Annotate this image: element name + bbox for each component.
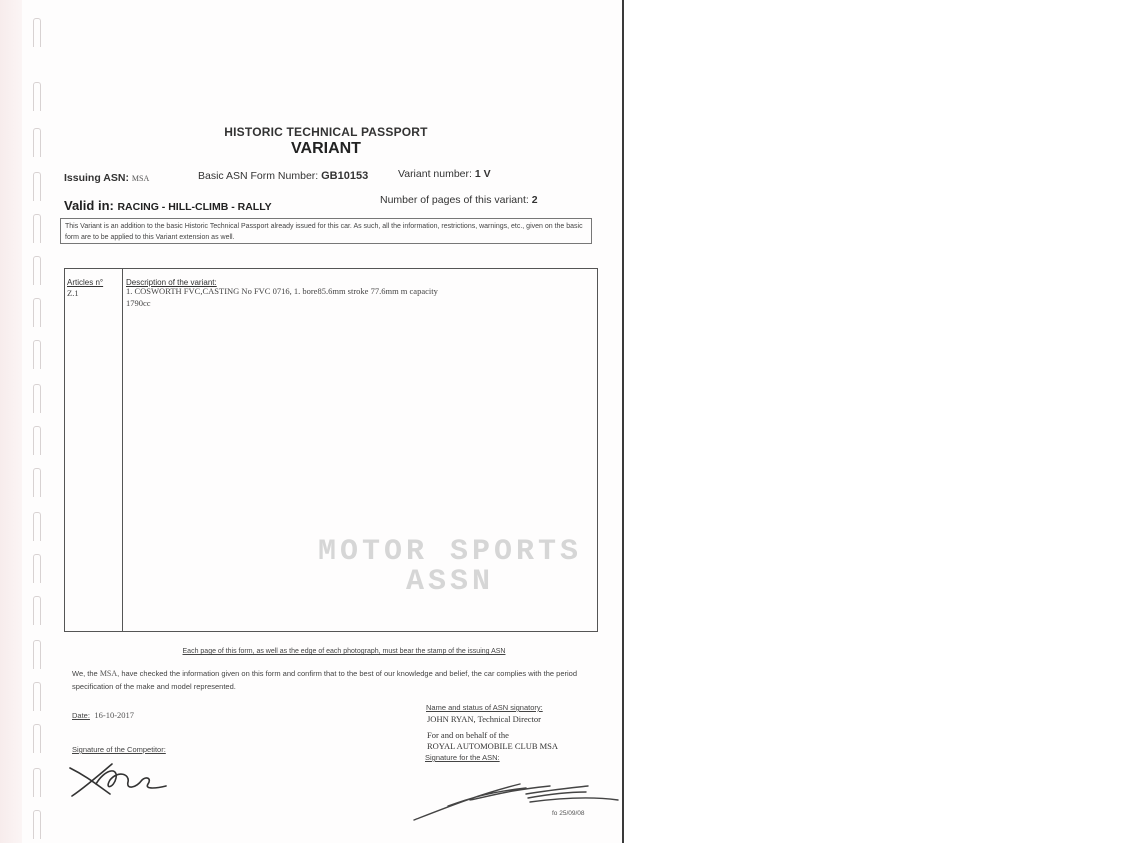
stamp-line: ASSN — [305, 567, 595, 597]
issuing-asn-value: MSA — [132, 174, 149, 183]
document-title: HISTORIC TECHNICAL PASSPORT — [0, 125, 652, 139]
confirm-prefix: We, the — [72, 669, 98, 678]
basic-form-number: Basic ASN Form Number: GB10153 — [198, 170, 368, 182]
punch-hole — [33, 596, 41, 625]
punch-hole — [33, 554, 41, 583]
competitor-signature-icon — [66, 760, 176, 802]
document-subtitle: VARIANT — [0, 140, 652, 158]
date-value: 16-10-2017 — [94, 710, 134, 720]
behalf-line: For and on behalf of the — [427, 730, 509, 741]
punch-hole — [33, 340, 41, 369]
punch-hole — [33, 468, 41, 497]
asn-signature-note: fo 25/09/08 — [552, 810, 585, 817]
issuing-asn: Issuing ASN: MSA — [64, 172, 149, 184]
date-row: Date: 16-10-2017 — [72, 705, 134, 723]
variant-number-value: 1 V — [475, 168, 491, 180]
confirm-asn: MSA — [100, 669, 117, 678]
club-name: ROYAL AUTOMOBILE CLUB MSA — [427, 741, 558, 752]
description-line: 1790cc — [126, 297, 596, 309]
article-number: Z.1 — [67, 287, 79, 299]
variant-description: 1. COSWORTH FVC,CASTING No FVC 0716, 1. … — [126, 285, 596, 309]
issuing-asn-label: Issuing ASN: — [64, 172, 129, 184]
punch-hole — [33, 172, 41, 201]
pages-value: 2 — [532, 194, 538, 206]
punch-hole — [33, 256, 41, 285]
valid-in-value: RACING - HILL-CLIMB - RALLY — [117, 201, 271, 213]
description-line: 1. COSWORTH FVC,CASTING No FVC 0716, 1. … — [126, 285, 596, 297]
asn-signature-icon — [410, 776, 622, 824]
variant-number-label: Variant number: — [398, 168, 472, 180]
header-articles: Articles n° — [67, 278, 103, 287]
basic-form-label: Basic ASN Form Number: — [198, 170, 318, 182]
competitor-signature-label: Signature of the Competitor: — [72, 745, 166, 754]
date-label: Date: — [72, 711, 90, 720]
asn-stamp: MOTOR SPORTS ASSN — [305, 537, 595, 597]
punch-hole — [33, 384, 41, 413]
basic-form-value: GB10153 — [321, 170, 368, 182]
punch-hole — [33, 682, 41, 711]
punch-hole — [33, 214, 41, 243]
punch-hole — [33, 18, 41, 47]
punch-hole — [33, 810, 41, 839]
stamp-notice: Each page of this form, as well as the e… — [64, 648, 624, 655]
variant-number: Variant number: 1 V — [398, 168, 491, 180]
column-divider — [122, 269, 123, 631]
punch-hole — [33, 512, 41, 541]
variant-notice: This Variant is an addition to the basic… — [60, 218, 592, 244]
confirm-body: , have checked the information given on … — [72, 669, 577, 691]
confirmation-text: We, the MSA, have checked the informatio… — [72, 667, 602, 693]
punch-hole — [33, 724, 41, 753]
punch-hole — [33, 426, 41, 455]
punch-hole — [33, 768, 41, 797]
valid-in: Valid in: RACING - HILL-CLIMB - RALLY — [64, 198, 272, 213]
pages-count: Number of pages of this variant: 2 — [380, 194, 538, 206]
signatory-label: Name and status of ASN signatory: — [426, 703, 543, 712]
pages-label: Number of pages of this variant: — [380, 194, 529, 206]
variant-table: Articles n° Description of the variant: … — [64, 268, 598, 632]
punch-hole — [33, 82, 41, 111]
signatory-name: JOHN RYAN, Technical Director — [427, 714, 541, 725]
stamp-line: MOTOR SPORTS — [305, 537, 595, 567]
asn-signature-label: Signature for the ASN: — [425, 753, 500, 762]
punch-hole — [33, 298, 41, 327]
valid-in-label: Valid in: — [64, 198, 114, 213]
punch-hole — [33, 640, 41, 669]
